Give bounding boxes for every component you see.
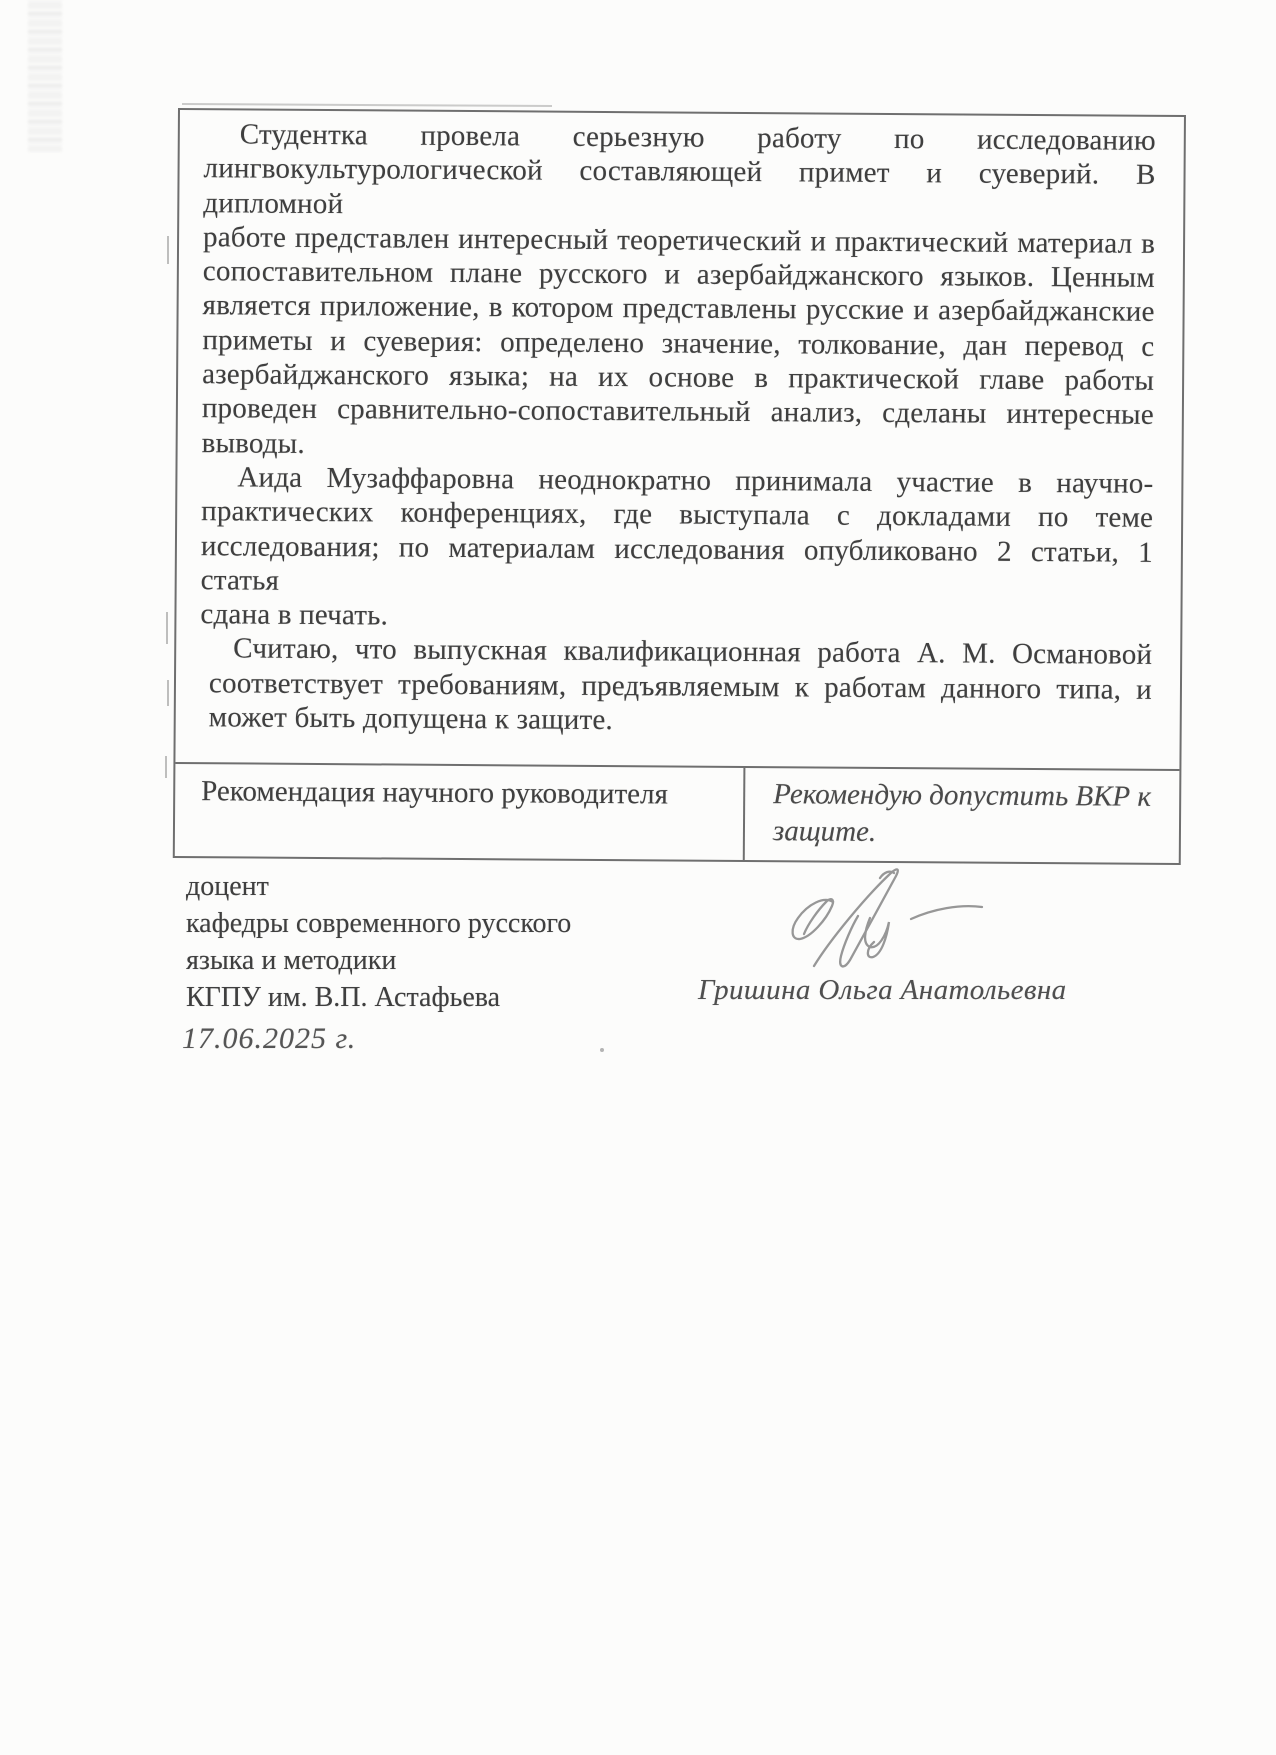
signer-position-line: КГПУ им. В.П. Астафьева [186, 979, 746, 1016]
scan-ghost-line [182, 103, 552, 107]
signature-date: 17.06.2025 г. [182, 1022, 356, 1056]
signer-position-line: доцент [186, 868, 746, 905]
review-line: проведен сравнительно-сопоставительный а… [202, 392, 1154, 433]
review-document-table: Студентка провела серьезную работу по ис… [173, 108, 1186, 865]
scan-stray-dot [600, 1048, 604, 1052]
signer-name: Гришина Ольга Анатольевна [698, 974, 1078, 1007]
review-line: лингвокультурологической составляющей пр… [203, 151, 1155, 226]
signer-position-line: языка и методики [186, 942, 746, 979]
recommendation-label-cell: Рекомендация научного руководителя [175, 764, 744, 860]
handwritten-signature [778, 856, 1030, 978]
review-line: может быть допущена к защите. [209, 700, 1152, 741]
scan-edge-tick [167, 680, 169, 706]
recommendation-value-cell: Рекомендую допустить ВКР к защите. [743, 768, 1180, 863]
review-line: исследования; по материалам исследования… [201, 529, 1153, 604]
scan-smudge-topleft [28, 0, 62, 152]
signer-position-block: доцент кафедры современного русского язы… [186, 868, 746, 1016]
recommendation-value-line: Рекомендую допустить ВКР к [773, 777, 1165, 817]
scan-edge-tick [166, 612, 168, 644]
scan-edge-tick [167, 236, 169, 264]
recommendation-value-line: защите. [773, 814, 1165, 854]
review-text-cell: Студентка провела серьезную работу по ис… [175, 110, 1184, 771]
signer-position-line: кафедры современного русского [186, 905, 746, 942]
scanned-review-page: { "colors":{ "ink":"#3f3f3f", "border":"… [0, 0, 1276, 1755]
scan-edge-tick [165, 756, 167, 778]
recommendation-row: Рекомендация научного руководителя Реком… [175, 764, 1180, 863]
